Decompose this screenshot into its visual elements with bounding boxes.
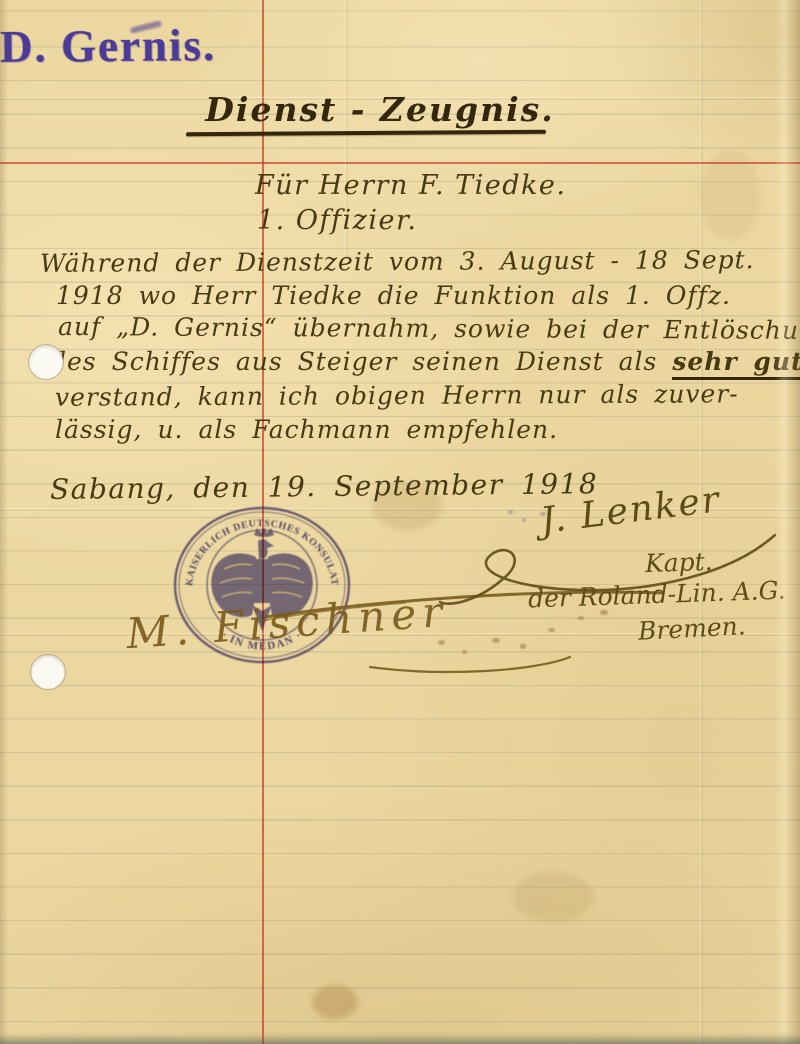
- ink-speck: [540, 512, 546, 516]
- captain-title: Kapt.: [645, 547, 714, 578]
- ink-speck: [520, 644, 526, 649]
- body-line: 1918 wo Herr Tiedke die Funktion als 1. …: [56, 281, 731, 310]
- ink-speck: [462, 650, 467, 654]
- company-name-stamp: D. Gernis.: [0, 19, 216, 73]
- document-title: Dienst - Zeugnis.: [195, 90, 565, 129]
- recipient-line: Für Herrn F. Tiedke.: [255, 170, 566, 201]
- paper-stain: [700, 150, 760, 240]
- body-line: Während der Dienstzeit vom 3. August - 1…: [40, 245, 755, 278]
- ink-speck: [492, 638, 500, 643]
- punch-hole: [31, 655, 65, 689]
- recipient-rank: 1. Offizier.: [257, 205, 417, 236]
- ink-speck: [356, 604, 361, 608]
- ink-speck: [548, 628, 555, 632]
- ink-speck: [438, 640, 445, 645]
- paper-stain: [512, 872, 594, 922]
- ink-speck: [578, 616, 584, 620]
- body-line: auf „D. Gernis“ übernahm, sowie bei der …: [58, 312, 800, 345]
- ink-speck: [600, 610, 608, 615]
- paper-edge-shading: [774, 0, 800, 1044]
- paper-edge-shading: [0, 0, 8, 1044]
- ink-speck: [508, 510, 513, 514]
- body-line: verstand, kann ich obigen Herrn nur als …: [55, 379, 739, 412]
- punch-hole: [29, 345, 63, 379]
- body-line: lässig, u. als Fachmann empfehlen.: [55, 415, 558, 444]
- scanned-document-page: D. Gernis. Dienst - Zeugnis. Für Herrn F…: [0, 0, 800, 1044]
- captain-city: Bremen.: [637, 611, 746, 646]
- body-line-text: des Schiffes aus Steiger seinen Dienst a…: [50, 347, 672, 376]
- paper-edge-shading: [0, 1032, 800, 1044]
- red-header-line: [0, 162, 800, 164]
- paper-stain: [312, 985, 358, 1019]
- body-line: des Schiffes aus Steiger seinen Dienst a…: [50, 347, 800, 376]
- ink-speck: [522, 518, 526, 522]
